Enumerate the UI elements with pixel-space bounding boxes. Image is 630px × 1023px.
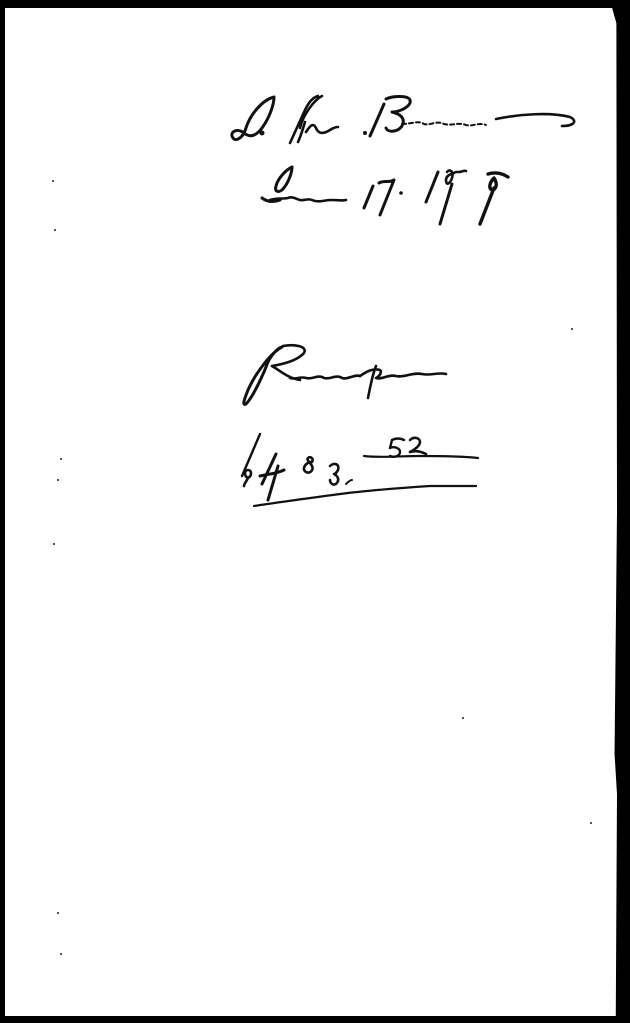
scan-speck: [53, 543, 55, 545]
scan-speck: [57, 479, 59, 481]
paper-sheet: [5, 8, 617, 1016]
handwritten-date: Jan 17, 1879: [255, 165, 515, 225]
scan-speck: [57, 912, 59, 914]
scan-speck: [590, 822, 592, 824]
scan-speck: [52, 180, 54, 182]
scan-speck: [60, 953, 62, 955]
handwritten-label: Rumph: [238, 350, 453, 410]
handwritten-name: S. M. Brown: [225, 100, 580, 152]
handwritten-amount: $483.52: [238, 440, 478, 505]
scan-speck: [60, 458, 62, 460]
scan-speck: [571, 328, 573, 330]
scan-speck: [462, 717, 464, 719]
scan-speck: [54, 229, 56, 231]
